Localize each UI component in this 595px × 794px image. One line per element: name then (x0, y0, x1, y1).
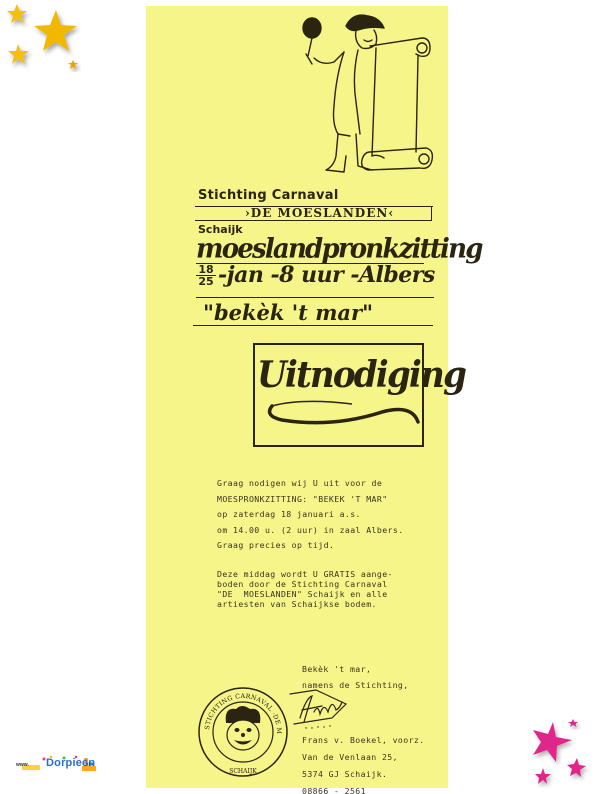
invitation-paragraph-2: Deze middag wordt U GRATIS aange- boden … (217, 569, 393, 609)
swash-underline-icon (262, 388, 422, 430)
paragraph-line: MOESPRONKZITTING: "BEKEK 'T MAR" (217, 492, 404, 508)
signatory-name: Frans v. Boekel, voorz. (302, 732, 425, 749)
gold-stars-decoration (0, 0, 90, 75)
star-icon (520, 710, 595, 794)
watermark-logo: www. Dorpieen .nl (16, 755, 98, 775)
society-name: ›DE MOESLANDEN‹ (245, 206, 394, 220)
organization-name: Stichting Carnaval (198, 188, 339, 203)
paragraph-line: boden door de Stichting Carnaval (217, 579, 393, 589)
paragraph-line: op zaterdag 18 januari a.s. (217, 507, 404, 523)
paragraph-line: om 14.00 u. (2 uur) in zaal Albers. (217, 523, 404, 539)
paragraph-line: "DE MOESLANDEN" Schaijk en alle (217, 589, 393, 599)
date-time-venue: -jan -8 uur -Albers (218, 262, 435, 288)
paragraph-line: Graag nodigen wij U uit voor de (217, 476, 404, 492)
paragraph-line: Deze middag wordt U GRATIS aange- (217, 569, 393, 579)
signatory-street: Van de Venlaan 25, (302, 749, 425, 766)
date-rule (196, 297, 434, 298)
motto-rule (193, 325, 433, 326)
seal-bottom-text: SCHAIJK (229, 768, 257, 775)
town-crier-illustration (298, 6, 438, 178)
jester-face-icon (226, 706, 261, 750)
pink-stars-decoration (520, 710, 595, 794)
society-seal: STICHTING CARNAVAL ·DE MOESLANDEN· SCHAI… (196, 685, 290, 779)
paragraph-line: artiesten van Schaijkse bodem. (217, 599, 393, 609)
star-icon (0, 0, 90, 75)
invitation-paragraph-1: Graag nodigen wij U uit voor de MOESPRON… (217, 476, 404, 554)
watermark-suffix: .nl (84, 762, 90, 768)
event-dates: 18 25 (196, 264, 216, 287)
date-second: 25 (198, 275, 213, 288)
signatory-postal: 5374 GJ Schaijk. (302, 766, 425, 783)
event-title: moeslandpronkzitting (196, 233, 482, 265)
motto: "bekèk 't mar" (203, 300, 373, 325)
closing-line: Bekèk 't mar, (302, 661, 409, 677)
signatory-phone: 08866 - 2561 (302, 783, 425, 794)
signatory-block: Frans v. Boekel, voorz. Van de Venlaan 2… (302, 732, 425, 794)
paragraph-line: Graag precies op tijd. (217, 538, 404, 554)
watermark-prefix: www. (16, 762, 29, 768)
signature (286, 688, 356, 732)
